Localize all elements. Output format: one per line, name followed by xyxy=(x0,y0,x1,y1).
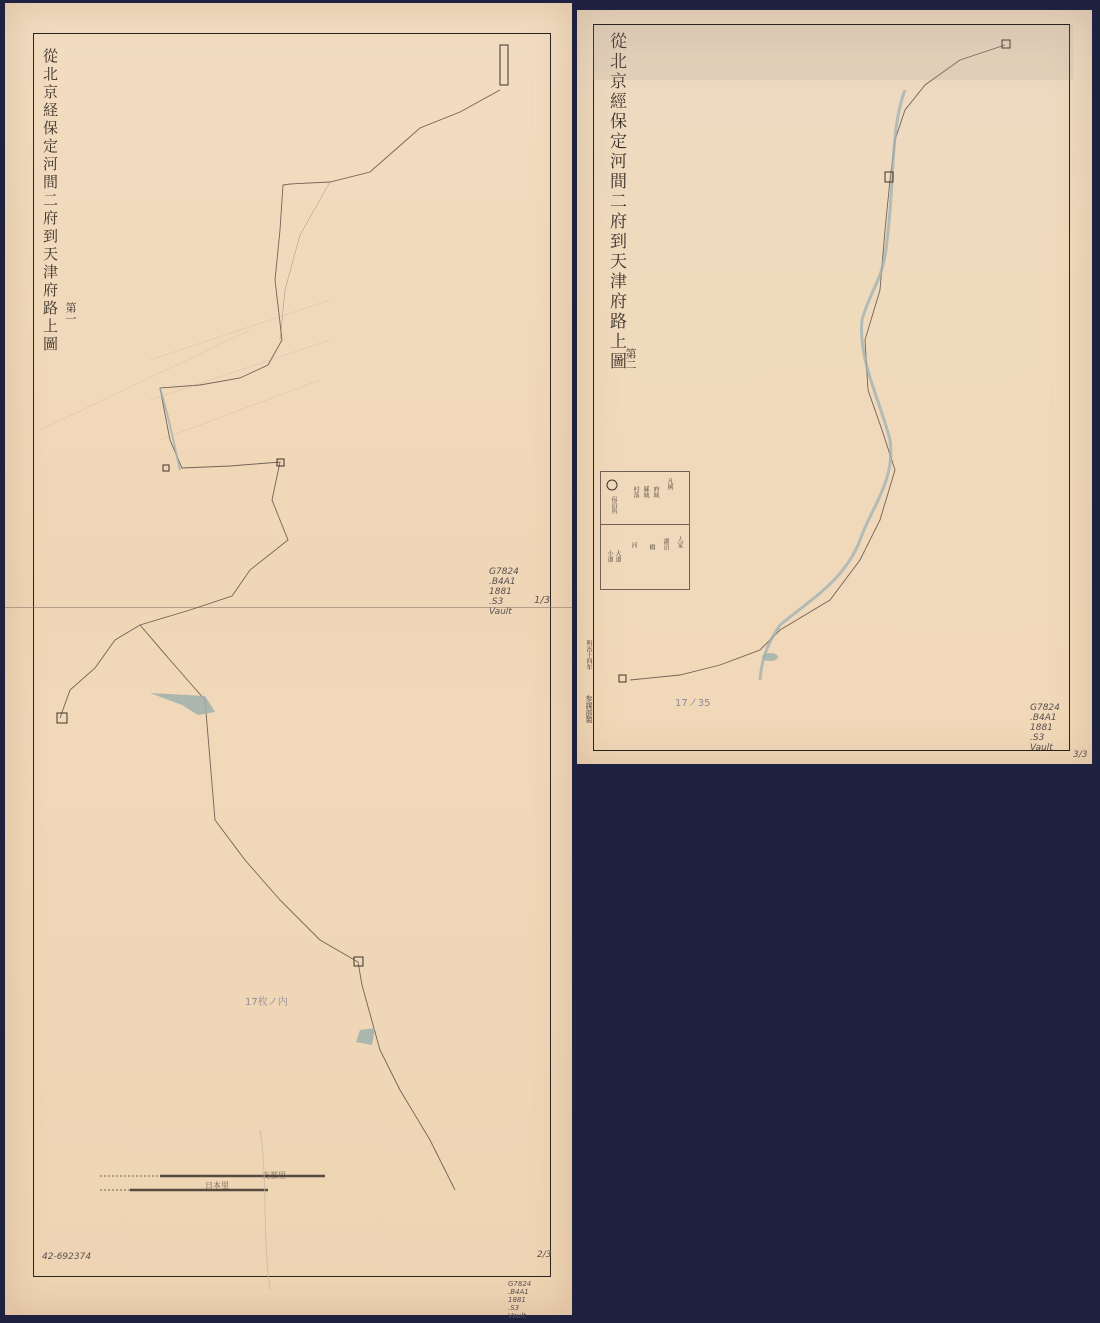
route-linework xyxy=(0,0,1100,1323)
